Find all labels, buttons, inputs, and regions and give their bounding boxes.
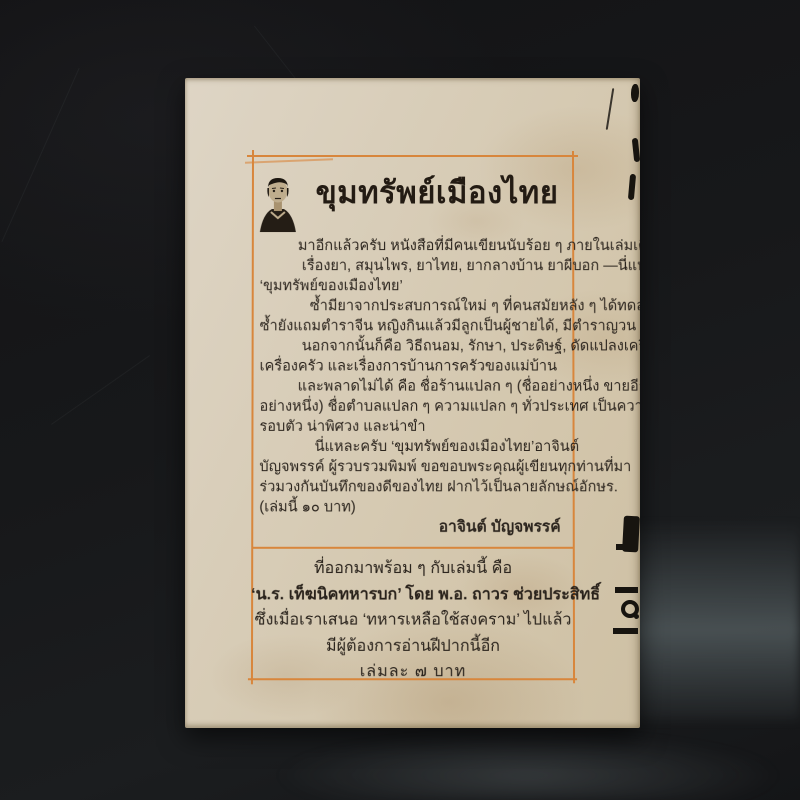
blurb-line: ‘ขุมทรัพย์ของเมืองไทย’ — [260, 276, 567, 296]
blurb-line: เครื่องครัว และเรื่องการบ้านการครัวของแม… — [260, 356, 567, 376]
closing-line: ร่วมวงกันบันทึกของดีของไทย ฝากไว้เป็นลาย… — [259, 477, 566, 497]
price-note: (เล่มนี้ ๑๐ บาท) — [259, 497, 566, 517]
spine-ink-mark — [615, 587, 638, 593]
spine-ink-mark — [613, 628, 638, 634]
book-title: ขุมทรัพย์เมืองไทย — [308, 167, 566, 219]
section-divider — [251, 547, 575, 549]
promo-book-title-line: ‘น.ร. เท็ฆนิคทหารบก’ โดย พ.อ. ถาวร ช่วยป… — [251, 582, 575, 608]
blurb-line: ซ้ำยังแถมตำราจีน หญิงกินแล้วมีลูกเป็นผู้… — [260, 316, 567, 336]
blurb-line: อย่างหนึ่ง) ชื่อตำบลแปลก ๆ ความแปลก ๆ ทั… — [260, 397, 567, 417]
spine-ink-mark — [606, 88, 615, 130]
table-sheen-right — [634, 520, 800, 720]
blurb-text: มาอีกแล้วครับ หนังสือที่มีคนเขียนนับร้อย… — [259, 236, 566, 538]
blurb-line: มาอีกแล้วครับ หนังสือที่มีคนเขียนนับร้อย… — [260, 236, 566, 256]
backdrop-scratch — [51, 355, 150, 425]
frame-line-top-double — [245, 158, 333, 163]
byline-first-name: อาจินต์ — [534, 437, 579, 457]
blurb-line: นอกจากนั้นก็คือ วิธีถนอม, รักษา, ประดิษฐ… — [260, 336, 567, 356]
blurb-line: ซ้ำมียาจากประสบการณ์ใหม่ ๆ ที่คนสมัยหลัง… — [260, 296, 567, 316]
spine-ink-mark — [632, 138, 640, 162]
blurb-line: เรื่องยา, สมุนไพร, ยาไทย, ยากลางบ้าน ยาผ… — [260, 256, 566, 276]
blurb-line: รอบตัว น่าพิศวง และน่าขำ — [259, 417, 566, 437]
blurb-line: และพลาดไม่ได้ คือ ชื่อร้านแปลก ๆ (ชื่ออย… — [260, 377, 567, 397]
promo-line: มีผู้ต้องการอ่านฝีปากนี้อีก — [251, 633, 575, 659]
promo-line: ที่ออกมาพร้อม ๆ กับเล่มนี้ คือ — [251, 556, 575, 582]
table-sheen-bottom — [220, 730, 780, 800]
author-signature: อาจินต์ บัญจพรรค์ — [259, 518, 566, 538]
frame-line-top — [247, 155, 578, 157]
closing-line-left: นี่แหละครับ ‘ขุมทรัพย์ของเมืองไทย’ — [315, 437, 535, 457]
orange-frame: ขุมทรัพย์เมืองไทย มาอีกแล้วครับ หนังสือท… — [251, 155, 575, 680]
spine-ink-mark — [631, 84, 639, 102]
closing-line: บัญจพรรค์ ผู้รวบรวมพิมพ์ ขอขอบพระคุณผู้เ… — [259, 457, 566, 477]
promo-price-line: เล่มละ ๗ บาท — [251, 659, 575, 685]
spine-ink-mark — [634, 614, 639, 619]
promo-section: ที่ออกมาพร้อม ๆ กับเล่มนี้ คือ ‘น.ร. เท็… — [251, 556, 575, 685]
backdrop-scratch — [1, 68, 79, 242]
promo-line: ซึ่งเมื่อเราเสนอ ‘ทหารเหลือใช้สงคราม’ ไป… — [251, 607, 575, 633]
author-portrait-icon — [258, 174, 298, 232]
closing-line: นี่แหละครับ ‘ขุมทรัพย์ของเมืองไทย’ อาจิน… — [259, 437, 566, 457]
book-back-cover: ขุมทรัพย์เมืองไทย มาอีกแล้วครับ หนังสือท… — [185, 78, 640, 728]
spine-ink-mark — [628, 174, 636, 200]
spine-ink-mark — [616, 544, 638, 550]
